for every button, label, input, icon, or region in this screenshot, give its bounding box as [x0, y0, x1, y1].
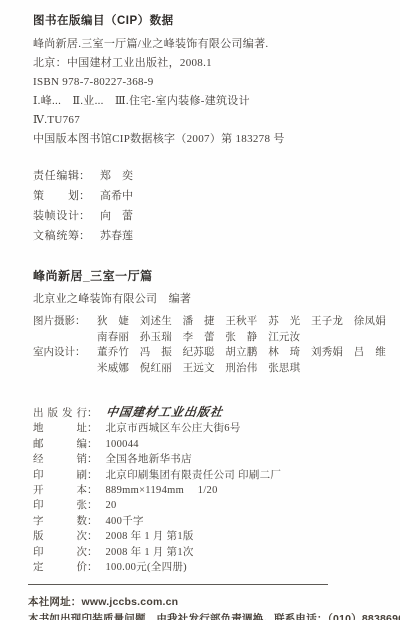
pub-row-format: 开本：889mm×1194mm 1/20 — [33, 483, 380, 498]
colon: ： — [87, 516, 98, 527]
staff-value: 高希中 — [100, 190, 133, 202]
credit-label: 图片摄影： — [33, 314, 97, 345]
cip-block: 图书在版编目（CIP）数据 峰尚新居.三室一厅篇/业之峰装饰有限公司编著. 北京… — [33, 12, 380, 149]
book-block: 峰尚新居_三室一厅篇 北京业之峰装饰有限公司 编著 图片摄影： 狄 婕 刘述生 … — [33, 267, 380, 376]
pub-value: 400千字 — [106, 516, 144, 527]
colon: ： — [79, 210, 90, 222]
staff-value: 郑 奕 — [100, 170, 133, 182]
pub-value: 全国各地新华书店 — [106, 454, 192, 465]
colon: ： — [87, 423, 98, 434]
pub-row-publisher: 出版发行：中国建材工业出版社 — [33, 405, 380, 421]
footer-divider — [28, 584, 328, 585]
staff-label: 策划 — [33, 186, 79, 206]
colon: ： — [87, 547, 98, 558]
pub-row-postcode: 邮编：100044 — [33, 437, 380, 452]
credit-names: 董乔竹 冯 振 纪苏聪 胡立鹏 林 琦 刘秀娟 吕 维 米威娜 倪红丽 王远文 … — [97, 345, 386, 376]
staff-value: 向 蕾 — [100, 210, 133, 222]
pub-value: 北京市西城区车公庄大街6号 — [106, 423, 241, 434]
pub-label: 印次 — [33, 545, 87, 560]
pub-label: 开本 — [33, 483, 87, 498]
book-author: 北京业之峰装饰有限公司 编著 — [33, 290, 380, 308]
cip-line-title-statement: 峰尚新居.三室一厅篇/业之峰装饰有限公司编著. — [33, 35, 380, 54]
footer-website-line: 本社网址：www.jccbs.com.cn — [28, 594, 380, 611]
footer-block: 本社网址：www.jccbs.com.cn 本书如出现印装质量问题，由我社发行部… — [28, 594, 380, 620]
publisher-logotype: 中国建材工业出版社 — [104, 405, 223, 420]
pub-label: 定价 — [33, 560, 87, 575]
pub-row-impression: 印次：2008 年 1 月 第1次 — [33, 545, 380, 560]
credit-names-line: 董乔竹 冯 振 纪苏聪 胡立鹏 林 琦 刘秀娟 吕 维 — [97, 345, 386, 361]
colon: ： — [79, 170, 90, 182]
credit-row-photography: 图片摄影： 狄 婕 刘述生 潘 捷 王秋平 苏 光 王子龙 徐凤娟 南春丽 孙玉… — [33, 314, 380, 345]
staff-label: 文稿统筹 — [33, 226, 79, 246]
pub-value: 100.00元(全四册) — [106, 562, 187, 573]
colon: ： — [87, 454, 98, 465]
cip-line-isbn: ISBN 978-7-80227-368-9 — [33, 73, 380, 92]
pub-value: 2008 年 1 月 第1版 — [106, 531, 194, 542]
cip-title: 图书在版编目（CIP）数据 — [33, 12, 380, 28]
pub-row-edition: 版次：2008 年 1 月 第1版 — [33, 529, 380, 544]
credit-names-line: 南春丽 孙玉瑞 李 蕾 张 静 江元汝 — [97, 330, 386, 346]
colon: ： — [87, 531, 98, 542]
pub-value: 20 — [106, 500, 117, 511]
colon: ： — [87, 470, 98, 481]
credit-names: 狄 婕 刘述生 潘 捷 王秋平 苏 光 王子龙 徐凤娟 南春丽 孙玉瑞 李 蕾 … — [97, 314, 386, 345]
pub-row-price: 定价：100.00元(全四册) — [33, 560, 380, 575]
colon: ： — [87, 408, 98, 419]
cip-line-classification: Ⅰ.峰... Ⅱ.业... Ⅲ.住宅-室内装修-建筑设计 — [33, 92, 380, 111]
pub-label: 出版发行 — [33, 406, 87, 421]
pub-value: 889mm×1194mm 1/20 — [106, 485, 218, 496]
staff-label: 装帧设计 — [33, 206, 79, 226]
footer-quality-notice-line: 本书如出现印装质量问题，由我社发行部负责调换。联系电话：（010）8838690… — [28, 611, 380, 620]
cip-line-record-number: 中国版本图书馆CIP数据核字（2007）第 183278 号 — [33, 130, 380, 149]
colon: ： — [87, 485, 98, 496]
colon: ： — [87, 439, 98, 450]
pub-label: 邮编 — [33, 437, 87, 452]
colon: ： — [75, 316, 86, 327]
pub-label: 字数 — [33, 514, 87, 529]
credit-label: 室内设计： — [33, 345, 97, 376]
staff-value: 苏春莲 — [100, 230, 133, 242]
pub-row-distribution: 经销：全国各地新华书店 — [33, 452, 380, 467]
credit-names-line: 狄 婕 刘述生 潘 捷 王秋平 苏 光 王子龙 徐凤娟 — [97, 314, 386, 330]
pub-label: 地址 — [33, 421, 87, 436]
staff-row-editor: 责任编辑：郑 奕 — [33, 166, 380, 186]
staff-block: 责任编辑：郑 奕 策划：高希中 装帧设计：向 蕾 文稿统筹：苏春莲 — [33, 166, 380, 246]
pub-row-address: 地址：北京市西城区车公庄大街6号 — [33, 421, 380, 436]
colon: ： — [75, 347, 86, 358]
pub-value: 100044 — [106, 439, 139, 450]
colon: ： — [87, 500, 98, 511]
book-title: 峰尚新居_三室一厅篇 — [33, 267, 380, 284]
pub-row-sheets: 印张：20 — [33, 498, 380, 513]
colon: ： — [79, 230, 90, 242]
publishing-block: 出版发行：中国建材工业出版社 地址：北京市西城区车公庄大街6号 邮编：10004… — [33, 405, 380, 575]
credit-names-line: 米威娜 倪红丽 王远文 刑治伟 张思琪 — [97, 361, 386, 377]
pub-value: 2008 年 1 月 第1次 — [106, 547, 194, 558]
colon: ： — [79, 190, 90, 202]
staff-label: 责任编辑 — [33, 166, 79, 186]
staff-row-designer: 装帧设计：向 蕾 — [33, 206, 380, 226]
cip-line-publisher: 北京：中国建材工业出版社，2008.1 — [33, 54, 380, 73]
pub-label: 印张 — [33, 498, 87, 513]
pub-row-wordcount: 字数：400千字 — [33, 514, 380, 529]
staff-row-planner: 策划：高希中 — [33, 186, 380, 206]
pub-label: 印刷 — [33, 468, 87, 483]
pub-row-printer: 印刷：北京印刷集团有限责任公司 印刷二厂 — [33, 468, 380, 483]
cip-line-class-code: Ⅳ.TU767 — [33, 111, 380, 130]
pub-label: 经销 — [33, 452, 87, 467]
pub-value: 北京印刷集团有限责任公司 印刷二厂 — [106, 470, 282, 481]
credit-row-interior-design: 室内设计： 董乔竹 冯 振 纪苏聪 胡立鹏 林 琦 刘秀娟 吕 维 米威娜 倪红… — [33, 345, 380, 376]
colon: ： — [87, 562, 98, 573]
copyright-page: 图书在版编目（CIP）数据 峰尚新居.三室一厅篇/业之峰装饰有限公司编著. 北京… — [0, 0, 400, 620]
staff-row-coordinator: 文稿统筹：苏春莲 — [33, 226, 380, 246]
pub-label: 版次 — [33, 529, 87, 544]
